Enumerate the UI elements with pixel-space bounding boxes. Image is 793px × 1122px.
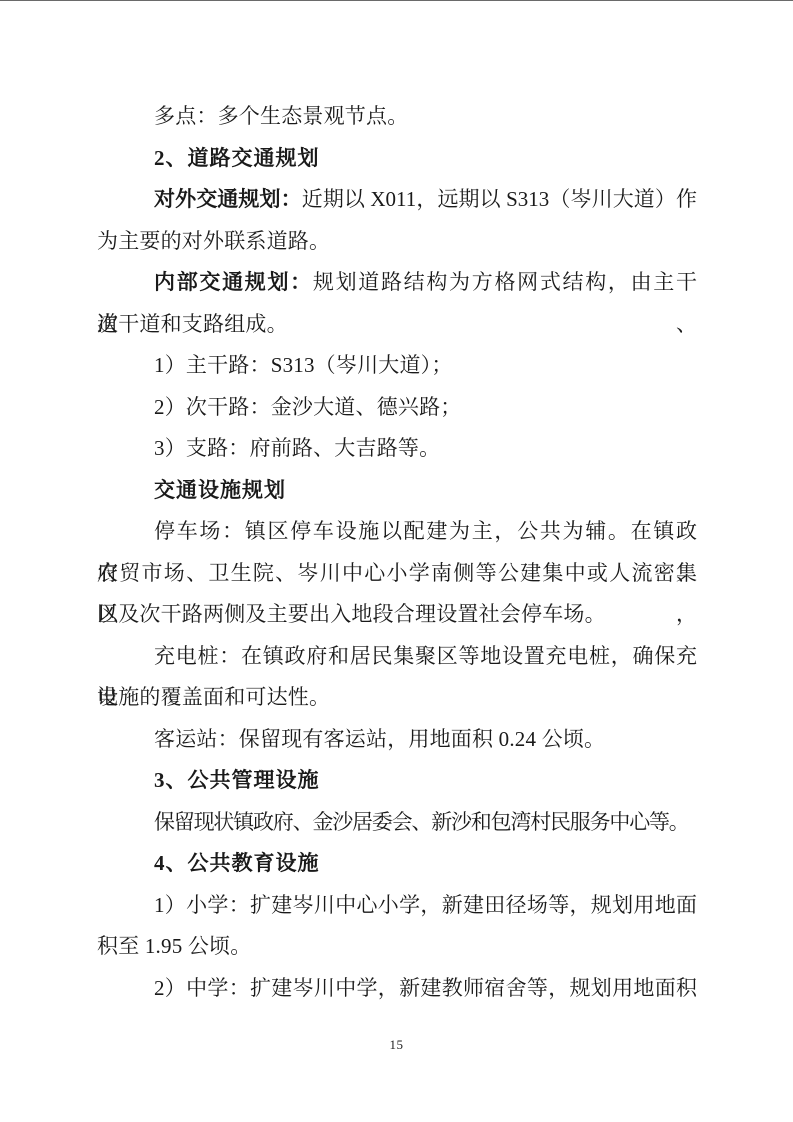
text-line: 多点：多个生态景观节点。: [97, 96, 697, 138]
text-line: 设施的覆盖面和可达性。: [97, 677, 697, 719]
page-number: 15: [0, 1037, 793, 1053]
paragraph-text: 近期以 X011，远期以 S313（岑川大道）作: [302, 187, 697, 211]
text-line: 农贸市场、卫生院、岑川中心小学南侧等公建集中或人流密集区，: [97, 553, 697, 595]
text-line: 充电桩：在镇政府和居民集聚区等地设置充电桩，确保充电: [97, 636, 697, 678]
document-body: 多点：多个生态景观节点。 2、道路交通规划 对外交通规划：近期以 X011，远期…: [97, 96, 697, 1009]
list-item-primary-school: 1）小学：扩建岑川中心小学，新建田径场等，规划用地面: [97, 885, 697, 927]
page-top-edge: [0, 0, 793, 1]
list-item-secondary-road: 2）次干路：金沙大道、德兴路；: [97, 387, 697, 429]
text-line: 内部交通规划：规划道路结构为方格网式结构，由主干道、: [97, 262, 697, 304]
section-heading-public-education: 4、公共教育设施: [97, 843, 697, 885]
text-line: 保留现状镇政府、金沙居委会、新沙和包湾村民服务中心等。: [97, 802, 697, 844]
document-page: 多点：多个生态景观节点。 2、道路交通规划 对外交通规划：近期以 X011，远期…: [0, 0, 793, 1122]
text-line: 对外交通规划：近期以 X011，远期以 S313（岑川大道）作: [97, 179, 697, 221]
paragraph-lead-label: 内部交通规划：: [154, 270, 313, 294]
list-item-branch-road: 3）支路：府前路、大吉路等。: [97, 428, 697, 470]
text-line: 客运站：保留现有客运站，用地面积 0.24 公顷。: [97, 719, 697, 761]
list-item-arterial-road: 1）主干路：S313（岑川大道）；: [97, 345, 697, 387]
section-heading-public-management: 3、公共管理设施: [97, 760, 697, 802]
section-heading-traffic-facilities: 交通设施规划: [97, 470, 697, 512]
paragraph-lead-label: 对外交通规划：: [154, 187, 302, 211]
text-line: 积至 1.95 公顷。: [97, 926, 697, 968]
text-line: 停车场：镇区停车设施以配建为主，公共为辅。在镇政府、: [97, 511, 697, 553]
list-item-middle-school: 2）中学：扩建岑川中学，新建教师宿舍等，规划用地面积: [97, 968, 697, 1010]
text-line: 为主要的对外联系道路。: [97, 221, 697, 263]
section-heading-road-traffic: 2、道路交通规划: [97, 138, 697, 180]
